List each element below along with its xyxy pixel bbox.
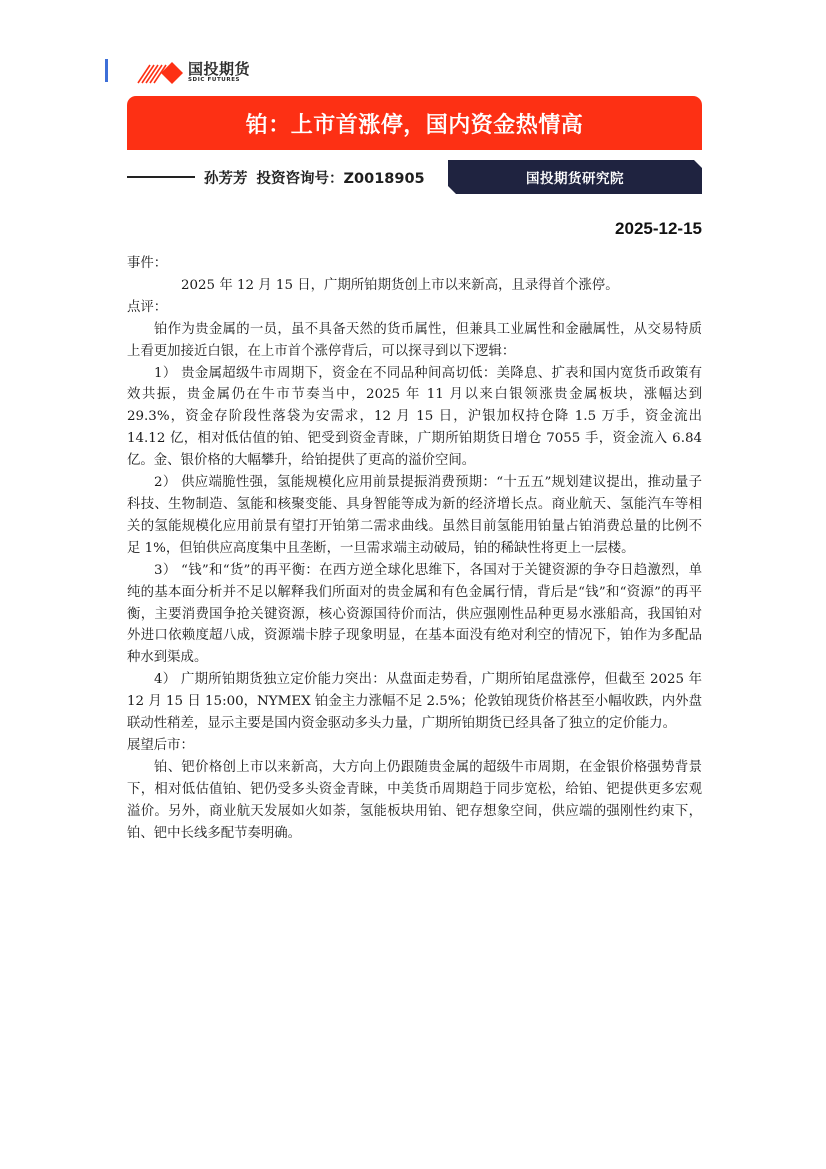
author-dash-divider <box>127 176 195 178</box>
point-3: 3） “钱”和“货”的再平衡：在西方逆全球化思维下，各国对于关键资源的争夺日趋激… <box>127 560 702 670</box>
logo-chinese-name: 国投期货 <box>188 62 250 77</box>
point-4: 4） 广期所铂期货独立定价能力突出：从盘面走势看，广期所铂尾盘涨停，但截至 20… <box>127 669 702 735</box>
report-date: 2025-12-15 <box>615 219 702 239</box>
accent-bar <box>105 59 108 82</box>
event-label: 事件： <box>127 253 702 275</box>
author-name: 孙芳芳 <box>204 167 248 188</box>
outlook-text: 铂、钯价格创上市以来新高，大方向上仍跟随贵金属的超级牛市周期，在金银价格强势背景… <box>127 757 702 845</box>
outlook-label: 展望后市： <box>127 735 702 757</box>
comment-intro: 铂作为贵金属的一员，虽不具备天然的货币属性，但兼具工业属性和金融属性，从交易特质… <box>127 319 702 363</box>
report-body: 事件： 2025 年 12 月 15 日，广期所铂期货创上市以来新高，且录得首个… <box>127 253 702 844</box>
author-license: 投资咨询号：Z0018905 <box>257 167 425 188</box>
report-title: 铂：上市首涨停，国内资金热情高 <box>246 108 584 139</box>
title-banner: 铂：上市首涨停，国内资金热情高 <box>127 96 702 150</box>
logo-mark-icon <box>136 61 184 85</box>
logo-english-name: SDIC FUTURES <box>188 78 250 84</box>
author-row: 孙芳芳 投资咨询号：Z0018905 <box>127 163 425 191</box>
institute-badge: 国投期货研究院 <box>448 160 702 194</box>
comment-label: 点评： <box>127 297 702 319</box>
point-2: 2） 供应端脆性强，氢能规模化应用前景提振消费预期：“十五五”规划建议提出，推动… <box>127 472 702 560</box>
point-1: 1） 贵金属超级牛市周期下，资金在不同品种间高切低：美降息、扩表和国内宽货币政策… <box>127 363 702 473</box>
event-text: 2025 年 12 月 15 日，广期所铂期货创上市以来新高，且录得首个涨停。 <box>127 275 702 297</box>
institute-name: 国投期货研究院 <box>526 167 624 187</box>
company-logo: 国投期货 SDIC FUTURES <box>136 60 271 86</box>
